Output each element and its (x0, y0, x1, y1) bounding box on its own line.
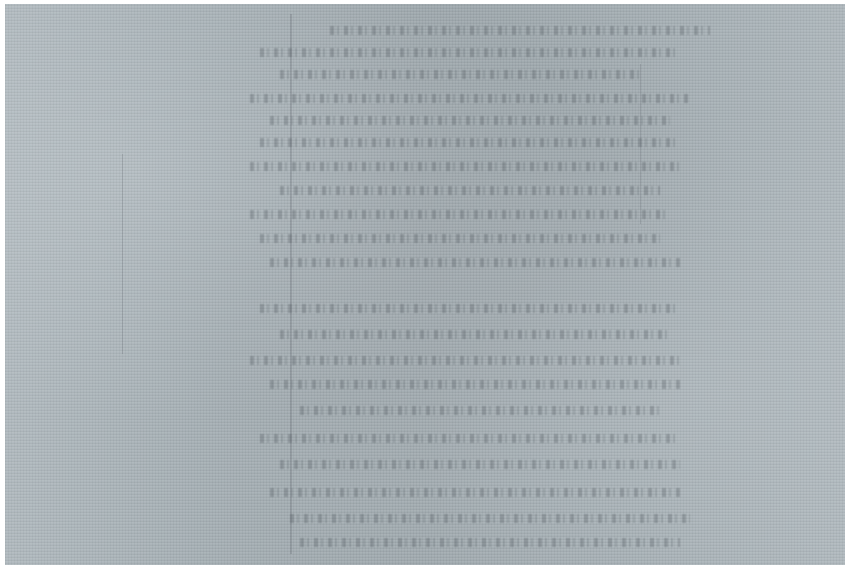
faded-text-line (300, 538, 680, 547)
faded-text-line (270, 116, 670, 125)
faded-text-line (270, 488, 680, 497)
faded-text-line (330, 26, 710, 35)
vertical-streak (122, 154, 123, 354)
faded-text-line (280, 70, 640, 79)
faded-text-line (270, 380, 680, 389)
faded-text-line (250, 162, 680, 171)
faded-text-line (270, 258, 680, 267)
vertical-streak (290, 14, 292, 554)
faded-text-line (260, 48, 680, 57)
faded-text-line (260, 138, 680, 147)
image-frame (5, 4, 845, 565)
faded-text-line (260, 304, 680, 313)
faded-text-line (260, 234, 660, 243)
faded-text-line (250, 210, 670, 219)
faded-text-line (280, 330, 670, 339)
faded-text-line (280, 186, 660, 195)
faded-text-line (260, 434, 680, 443)
faded-text-line (250, 356, 680, 365)
faded-text-line (300, 406, 660, 415)
faded-text-line (280, 460, 680, 469)
vertical-weave-texture (5, 4, 845, 565)
faded-text-line (250, 94, 690, 103)
vertical-streak (640, 64, 641, 224)
faded-text-line (290, 514, 690, 523)
